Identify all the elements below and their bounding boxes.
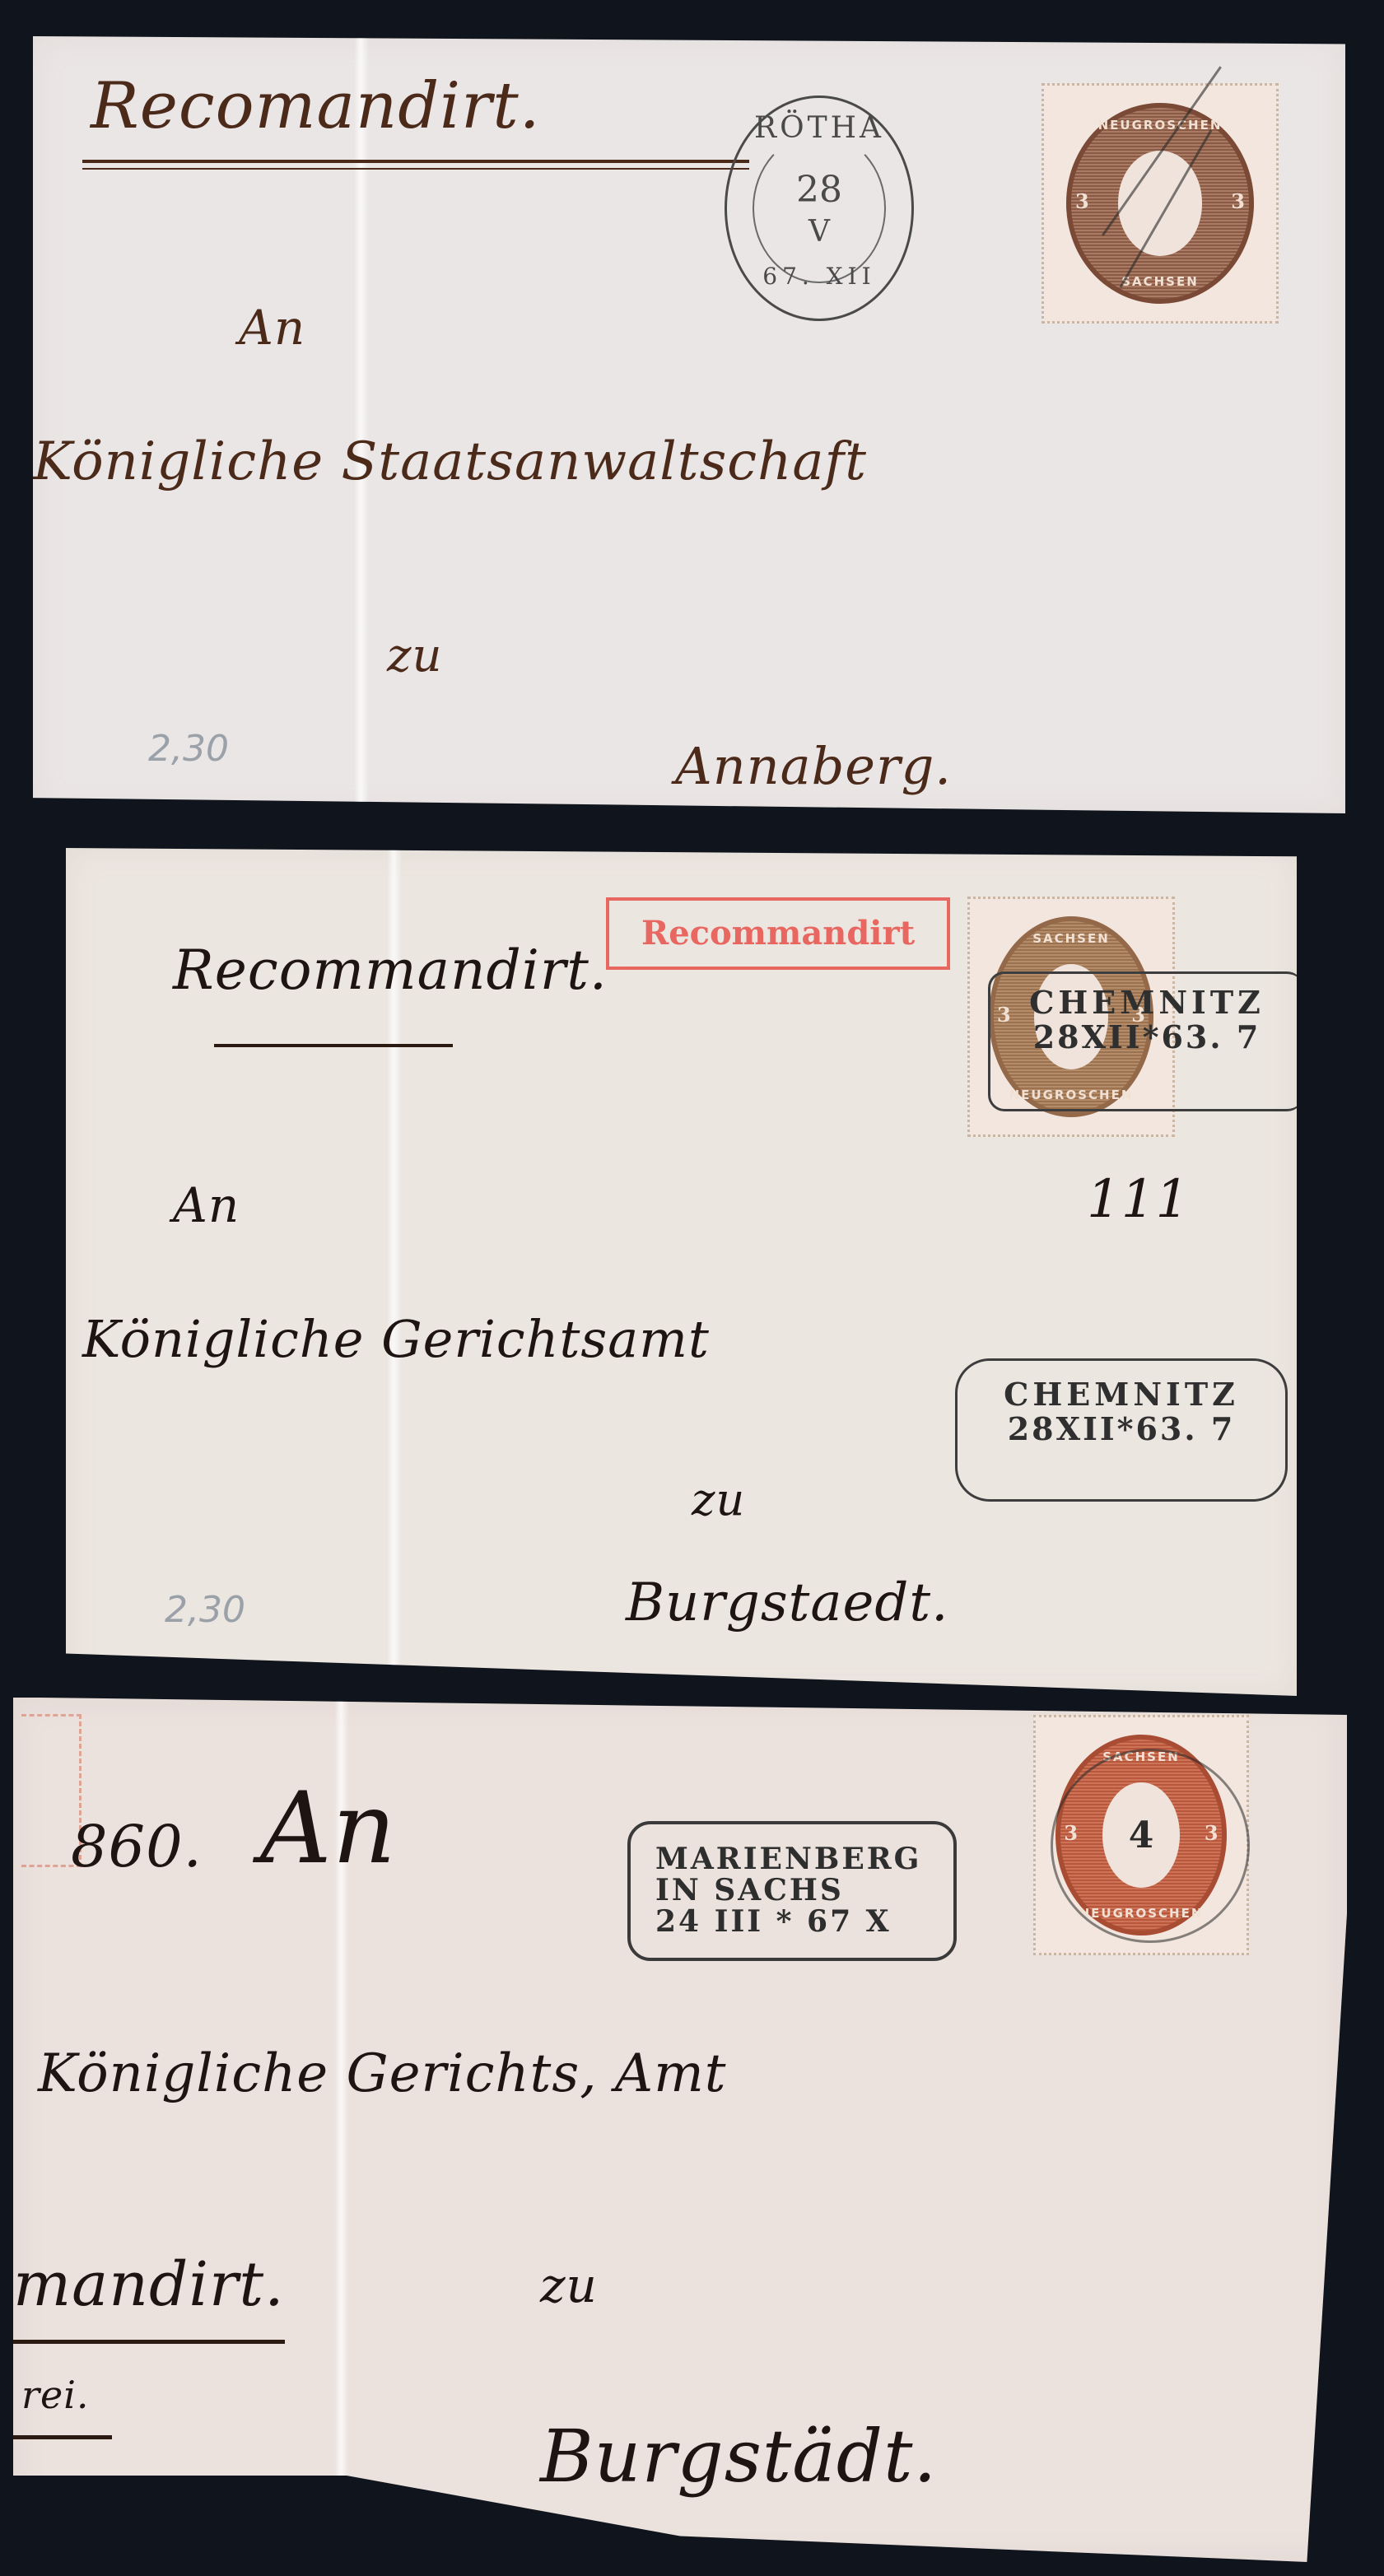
docket-number: 860. [71,1813,203,1880]
postage-stamp-1: NEUGROSCHEN SACHSEN 3 3 [1042,84,1278,323]
address-line-town: Burgstädt. [540,2414,937,2499]
rotha-postmark: RÖTHA 28 V 67. XII [725,95,914,321]
postmark-marienberg: MARIENBERG IN SACHS 24 III * 67 X [627,1821,957,1961]
second-note-partial: rei. [21,2373,90,2417]
red-registration-handstamp: Recommandirt [606,897,950,970]
address-line-addressee: Königliche Staatsanwaltschaft [33,431,867,492]
pencil-price-note: 2,30 [148,728,229,770]
address-line-zu: zu [387,629,443,682]
pencil-price-note: 2,30 [165,1589,245,1631]
address-line-an: An [260,1772,397,1886]
stamp-country: NEUGROSCHEN [1042,118,1278,133]
registration-note-partial: mandirt. [13,2249,285,2320]
second-note-underline [13,2435,112,2439]
address-line-an: An [239,300,305,356]
side-mark: 111 [1087,1169,1190,1230]
cover-front-2: Recommandirt. Recommandirt SACHSEN NEUGR… [66,848,1297,1696]
stamp-denomination: SACHSEN [1042,274,1278,289]
postmark-chemnitz: CHEMNITZ 28XII*63. 7 [955,1358,1288,1502]
postmark-month: V [727,215,911,249]
address-line-town: Annaberg. [675,736,952,796]
cover-front-1: Recomandirt. RÖTHA 28 V 67. XII NEUGROSC… [33,36,1345,813]
postmark-day: 28 [727,169,911,211]
address-line-town: Burgstaedt. [626,1572,948,1633]
stamp-country: SACHSEN [968,931,1174,946]
registration-underline [82,160,749,163]
numeral-cancel-ring [1051,1749,1250,1943]
address-line-an: An [173,1177,240,1233]
registration-underline [13,2340,285,2344]
address-line-zu: zu [540,2257,598,2313]
cover-front-3: 860. An MARIENBERG IN SACHS 24 III * 67 … [13,1698,1347,2562]
postmark-town: RÖTHA [727,111,911,145]
address-line-addressee: Königliche Gerichtsamt [82,1309,710,1369]
registration-underline-2 [82,168,749,170]
postage-stamp-3: SACHSEN NEUGROSCHEN 3 3 4 [1034,1716,1248,1954]
registration-underline [214,1044,453,1047]
address-line-addressee: Königliche Gerichts, Amt [38,2043,727,2104]
registration-note: Recommandirt. [173,939,608,1002]
registration-note: Recomandirt. [91,69,541,143]
stamp-cancel-chemnitz: CHEMNITZ 28XII*63. 7 [988,971,1303,1111]
postmark-year-time: 67. XII [727,263,911,290]
address-line-zu: zu [692,1474,745,1526]
